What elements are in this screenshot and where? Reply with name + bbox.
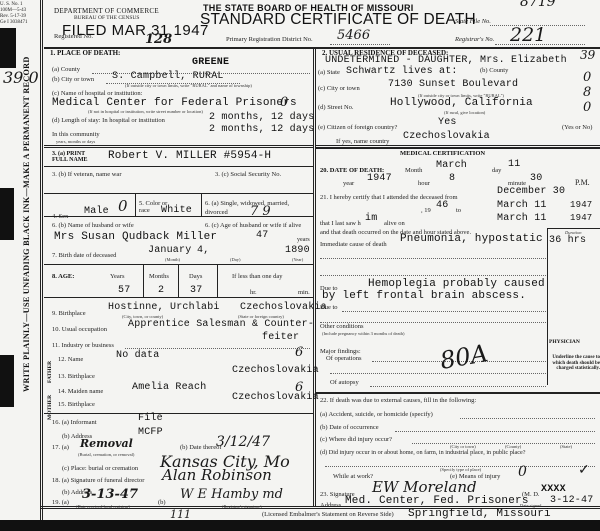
primary-district-label: Primary Registration District No.	[226, 36, 313, 43]
physician-note: Underline the cause to which death shoul…	[549, 355, 600, 372]
autopsy-label: Of autopsy	[330, 379, 359, 386]
residence-county-label: (b) County	[480, 67, 508, 74]
occupation-label: 10. Usual occupation	[52, 326, 107, 333]
stay-community-value: 2 months, 12 days	[209, 124, 314, 135]
where-label: (c) Where did injury occur?	[320, 436, 392, 443]
from-year-label: , 19	[421, 207, 431, 214]
age-min: min.	[298, 289, 310, 296]
scan-artifact	[0, 355, 14, 407]
major-findings-label: Major findings:	[320, 348, 361, 355]
residence-mark: 39	[580, 48, 595, 62]
residence-mark: 8	[583, 85, 591, 100]
death-month: March	[436, 160, 467, 171]
due-line	[342, 311, 546, 312]
industry-line	[125, 348, 310, 349]
occupation-cont: feiter	[262, 332, 299, 343]
spouse-age-unit: years	[297, 237, 310, 243]
father-birthplace: Czechoslovakia	[232, 365, 319, 376]
birthplace-country: Czechoslovakia	[240, 302, 327, 313]
spouse-value: Mrs Susan Qudback Miller	[54, 231, 217, 243]
community-hint: years, months or days	[56, 139, 95, 144]
hospital-value: Medical Center for Federal Prisoners	[52, 97, 297, 109]
funeral-director-signature: Alan Robinson	[162, 466, 272, 484]
occurrence-label: (b) Date of occurrence	[320, 424, 379, 431]
disposition-value: Removal	[80, 437, 133, 450]
age-hr: hr.	[250, 289, 257, 296]
informant-label: 16. (a) Informant	[52, 419, 97, 426]
external-mark: 0	[518, 464, 527, 480]
death-certificate: U. S. No. 1 100M—5-43 Rev. 5-17-39 Ge I …	[0, 0, 600, 531]
citizen-value: Yes	[438, 117, 457, 128]
industry-label: 11. Industry or business	[52, 342, 114, 349]
district-line	[330, 44, 390, 45]
attended-to-year: 1947	[570, 200, 592, 210]
received-hint: (Date received local registrar)	[76, 504, 130, 509]
death-day: 11	[508, 159, 520, 170]
spouse-label: 6. (b) Name of husband or wife	[52, 222, 134, 229]
country-value: Czechoslovakia	[403, 131, 490, 142]
form-info: U. S. No. 1 100M—5-43 Rev. 5-17-39 Ge I …	[0, 2, 28, 26]
hospital-hint: (If not in hospital or institution, writ…	[88, 109, 203, 114]
physician-title: PHYSICIAN	[549, 339, 580, 345]
signature-address: Med. Center, Fed. Prisoners	[345, 495, 529, 507]
other-conditions-label: Other conditions	[320, 323, 364, 330]
disposition-hint: (Burial, cremation, or removal)	[78, 452, 134, 457]
residence-line2: Schwartz lives at:	[346, 66, 458, 77]
due-to-label-2: Due to	[320, 304, 338, 311]
age-label: 8. AGE:	[52, 273, 74, 280]
funeral-director-label: 18. (a) Signature of funeral director	[52, 477, 144, 484]
birth-label: 7. Birth date of deceased	[52, 252, 116, 259]
occupation-value: Apprentice Salesman & Counter-	[128, 319, 314, 330]
ssn-label: 3. (c) Social Security No.	[215, 171, 281, 178]
registrar-sig-hint: (Registrar's signature)	[222, 504, 262, 509]
section-divider	[44, 145, 313, 148]
due-to-line2: by left frontal brain abscess.	[322, 290, 526, 302]
cause-label: Immediate cause of death	[320, 241, 387, 248]
primary-district-no: 5466	[337, 28, 370, 43]
divider	[135, 193, 136, 216]
specify-hint: (Specify type of place)	[440, 467, 481, 472]
received-date: 3-13-47	[82, 487, 138, 502]
disposition-label: 17. (a)	[52, 444, 69, 451]
registrar-line	[495, 44, 585, 45]
date-signed: 3-12-47	[550, 495, 593, 506]
county-label: (a) County	[52, 66, 80, 73]
state-file-no: 8719	[520, 0, 556, 10]
death-hour: 8	[449, 173, 455, 184]
day-label: day	[492, 167, 501, 174]
form-info-line: Ge I 3038471	[0, 20, 28, 26]
received-label: 19. (a)	[52, 499, 69, 506]
work-label: While at work?	[333, 473, 373, 480]
from-year: 46	[436, 200, 448, 211]
father-label: FATHER	[47, 361, 53, 383]
divider	[44, 193, 313, 194]
physician-signature: EW Moreland	[372, 478, 477, 496]
country-label: If yes, name country	[336, 138, 389, 145]
divider	[547, 228, 600, 229]
birth-hint: (Day)	[230, 257, 241, 262]
veteran-label: 3. (b) If veteran, name war	[52, 171, 121, 178]
attended-to: March 11	[497, 200, 547, 211]
age-months: 2	[158, 285, 164, 296]
name-label: 3. (a) PRINT FULL NAME	[52, 151, 92, 163]
divider	[143, 264, 144, 297]
signature-address-label: Address	[320, 502, 341, 509]
cause-line	[320, 258, 546, 259]
birth-hint: (Month)	[165, 257, 180, 262]
city-value: S. Campbell, RURAL	[112, 71, 224, 82]
death-minute: 30	[530, 173, 542, 184]
birthplace-label: 9. Birthplace	[52, 310, 86, 317]
age-header-less: If less than one day	[232, 273, 283, 280]
citizen-hint: (Yes or No)	[562, 124, 592, 131]
year-label: year	[343, 180, 354, 187]
attended-from: December 30	[497, 186, 565, 197]
occurrence-line	[395, 431, 595, 432]
registrar-signature: W E Hamby md	[180, 487, 283, 502]
footer-mark: 111	[170, 508, 191, 521]
residence-mark: 0	[583, 70, 591, 85]
autopsy-line	[370, 386, 546, 387]
race-value: White	[161, 205, 192, 216]
residence-state-label: (a) State	[318, 69, 340, 76]
divider	[217, 264, 218, 297]
scan-artifact	[0, 28, 16, 68]
age-header-years: Years	[110, 273, 125, 280]
external-mark: ✓	[578, 462, 590, 478]
divider	[44, 297, 313, 298]
informant-address: MCFP	[138, 427, 163, 438]
accident-line	[460, 418, 595, 419]
stay-hospital-value: 2 months, 12 days	[209, 112, 314, 123]
vertical-instruction: WRITE PLAINLY—USE UNFADING BLACK INK—MAK…	[22, 56, 31, 392]
home-label: (d) Did injury occur in or about home, o…	[320, 449, 526, 456]
age-header-days: Days	[189, 273, 202, 280]
frame-left	[40, 0, 43, 520]
death-year: 1947	[367, 173, 392, 184]
operations-line	[330, 373, 546, 374]
last-saw-date: March 11	[497, 213, 547, 224]
mother-maiden-label: 14. Maiden name	[58, 388, 103, 395]
divider	[44, 413, 313, 414]
residence-line1: UNDETERMINED - DAUGHTER, Mrs. Elizabeth	[325, 55, 567, 66]
divider	[44, 216, 313, 217]
mother-maiden: Amelia Reach	[132, 382, 206, 393]
father-name-label: 12. Name	[58, 356, 83, 363]
father-name: No data	[116, 350, 159, 361]
spouse-age-value: 47	[256, 230, 268, 241]
death-ampm: P.M.	[575, 178, 590, 187]
informant-value: File	[138, 413, 163, 424]
age-header-months: Months	[149, 273, 169, 280]
duration-column	[547, 228, 548, 385]
city-label: (b) City or town	[52, 76, 94, 83]
birth-month: January	[148, 245, 191, 256]
residence-city-value: 7130 Sunset Boulevard	[388, 79, 518, 90]
state-file-label: State File No.	[455, 18, 491, 25]
last-saw-year: 1947	[570, 213, 592, 223]
hospital-label: (c) Name of hospital or institution:	[52, 90, 142, 97]
md-value: XXXX	[541, 484, 566, 495]
mother-birthplace: Czechoslovakia	[232, 392, 319, 403]
due-to-line1: Hemoplegia probably caused	[368, 278, 545, 290]
external-label: 22. If death was due to external causes,…	[320, 397, 476, 404]
cause-line	[320, 275, 546, 276]
father-birthplace-label: 13. Birthplace	[58, 373, 95, 380]
divider	[178, 264, 179, 297]
county-value: GREENE	[192, 57, 229, 68]
registrar-label: Registrar's No.	[455, 36, 494, 43]
medical-title: MEDICAL CERTIFICATION	[400, 150, 485, 157]
place-of-death-label: 1. PLACE OF DEATH:	[50, 49, 120, 57]
bureau: BUREAU OF THE CENSUS	[74, 15, 139, 21]
footer-note: (Licensed Embalmer's Statement on Revers…	[262, 511, 394, 518]
parent-mark: 6	[295, 345, 303, 360]
accident-label: (a) Accident, suicide, or homicide (spec…	[320, 411, 433, 418]
divider	[44, 166, 313, 167]
community-label: In this community	[52, 131, 100, 138]
to-label: to	[456, 207, 461, 214]
immediate-cause: Pneumonia, hypostatic	[400, 233, 543, 245]
disposition-date: 3/12/47	[216, 434, 270, 450]
last-saw-label: that I last saw h	[320, 220, 361, 227]
scan-artifact	[0, 188, 14, 240]
hour-label: hour	[418, 180, 430, 187]
sex-mark: 0	[118, 197, 128, 215]
signature-city: Springfield, Missouri	[408, 508, 551, 520]
divider	[316, 148, 600, 149]
birth-hint: (Year)	[292, 257, 303, 262]
divider	[201, 193, 202, 216]
age-years: 57	[118, 285, 130, 296]
residence-mark: 0	[583, 100, 591, 115]
city-hint: (If outside city or town limits, write "…	[125, 83, 252, 88]
mother-birthplace-label: 15. Birthplace	[58, 401, 95, 408]
operations-label: Of operations	[326, 355, 362, 362]
mother-label: MOTHER	[47, 395, 53, 420]
residence-street-value: Hollywood, California	[390, 97, 533, 109]
spouse-age-label: 6. (c) Age of husband or wife if alive	[205, 222, 301, 229]
where-hint: (State)	[560, 444, 572, 449]
margin-handwritten-note: 39 0	[3, 70, 39, 86]
hospital-mark: 0	[280, 95, 288, 110]
last-saw-pronoun: im	[365, 213, 377, 224]
residence-city-label: (c) City or town	[318, 85, 360, 92]
registrar-no: 221	[510, 24, 546, 46]
full-name: Robert V. MILLER #5954-H	[108, 150, 271, 162]
alive-label: alive on	[384, 220, 405, 227]
department: DEPARTMENT OF COMMERCE	[54, 7, 159, 15]
residence-street-hint: (If rural, give location)	[444, 110, 485, 115]
code-mark: 80A	[438, 339, 490, 375]
birthplace-city: Hostinne, Urchlabi	[108, 302, 220, 313]
birth-day: 4,	[197, 245, 209, 256]
registered-no: 128	[145, 32, 172, 47]
citizen-label: (e) Citizen of foreign country?	[318, 124, 397, 131]
residence-street-label: (d) Street No.	[318, 104, 354, 111]
scan-bottom-edge	[0, 520, 600, 531]
age-days: 37	[190, 285, 202, 296]
burial-place-label: (c) Place: burial or cremation	[62, 465, 138, 472]
birth-year: 1890	[285, 245, 310, 256]
registrar-sig-label: (b)	[158, 499, 166, 506]
filed-stamp: FILED MAR 31 1947	[62, 22, 209, 39]
divider	[316, 392, 600, 394]
certificate-title: STANDARD CERTIFICATE OF DEATH	[200, 11, 476, 29]
stay-label: (d) Length of stay: In hospital or insti…	[52, 117, 165, 124]
month-label: Month	[405, 167, 422, 174]
duration-value: 36 hrs	[549, 235, 586, 246]
other-conditions-hint: (Include pregnancy within 3 months of de…	[322, 331, 404, 336]
